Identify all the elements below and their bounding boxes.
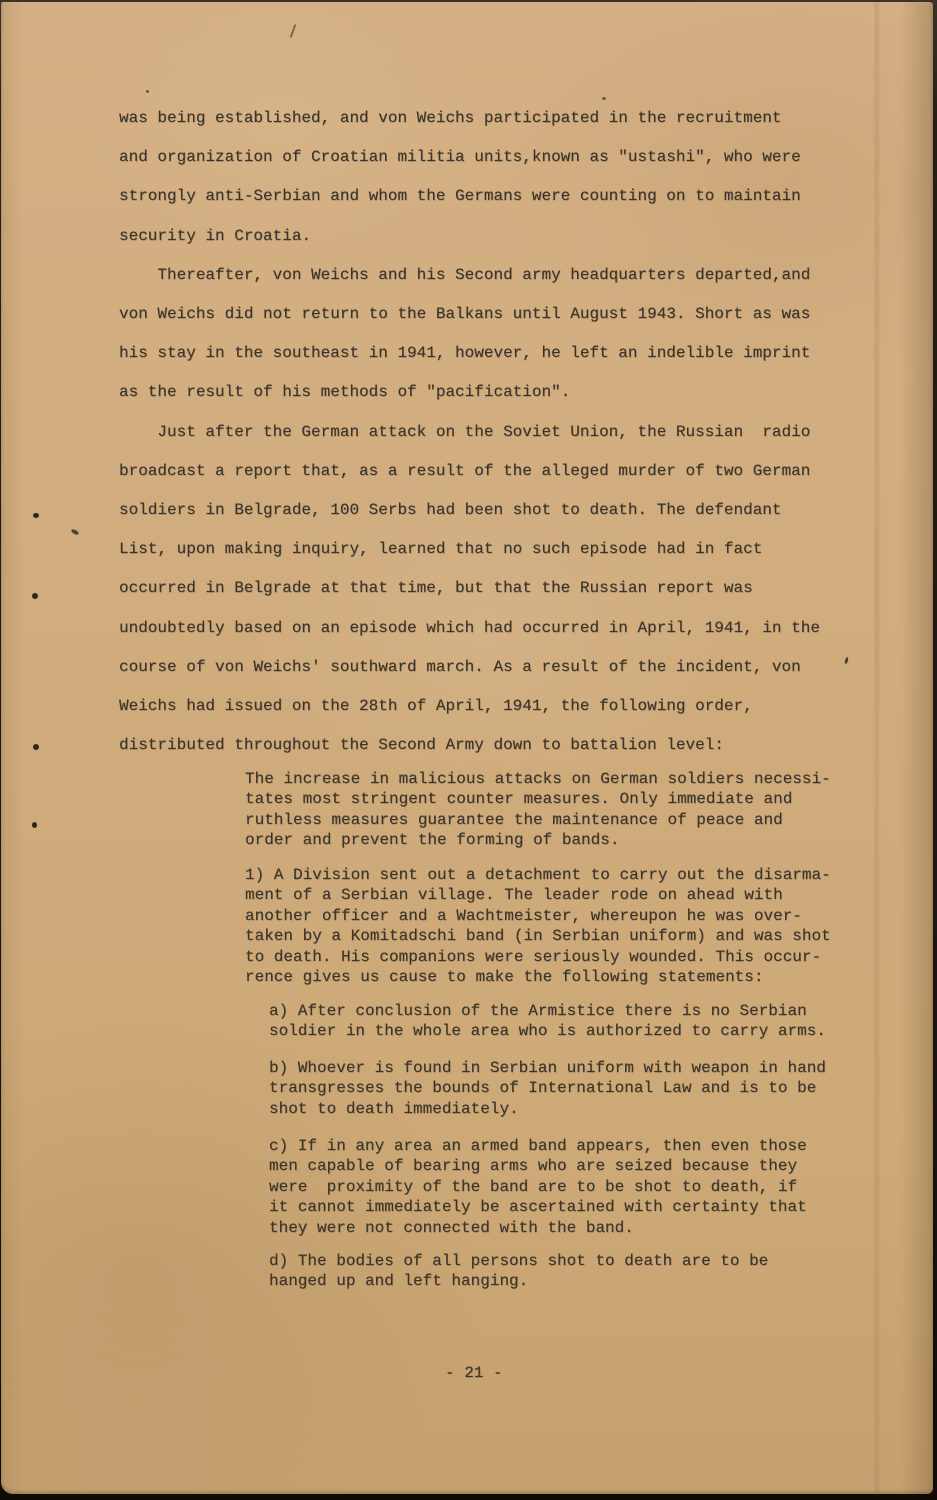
order-quote-item-b: b) Whoever is found in Serbian uniform w… xyxy=(269,1058,826,1119)
page-number: - 21 - xyxy=(445,1363,503,1383)
ink-speck xyxy=(844,657,849,665)
ink-speck xyxy=(33,513,39,518)
ink-speck xyxy=(32,822,37,828)
order-quote-item-d: d) The bodies of all persons shot to dea… xyxy=(269,1251,768,1292)
order-quote-item-1: 1) A Division sent out a detachment to c… xyxy=(245,865,831,987)
paper-fold-shadow xyxy=(873,2,881,1494)
scan-backdrop: was being established, and von Weichs pa… xyxy=(0,0,937,1500)
document-page: was being established, and von Weichs pa… xyxy=(1,2,933,1494)
body-text: was being established, and von Weichs pa… xyxy=(119,99,820,765)
order-quote-intro: The increase in malicious attacks on Ger… xyxy=(245,769,831,851)
paper-fiber xyxy=(290,24,297,38)
ink-speck xyxy=(32,593,38,599)
ink-speck xyxy=(71,528,80,535)
ink-speck xyxy=(146,90,149,93)
order-quote-item-c: c) If in any area an armed band appears,… xyxy=(269,1136,807,1238)
order-quote-item-a: a) After conclusion of the Armistice the… xyxy=(269,1001,826,1042)
ink-speck xyxy=(33,744,39,750)
